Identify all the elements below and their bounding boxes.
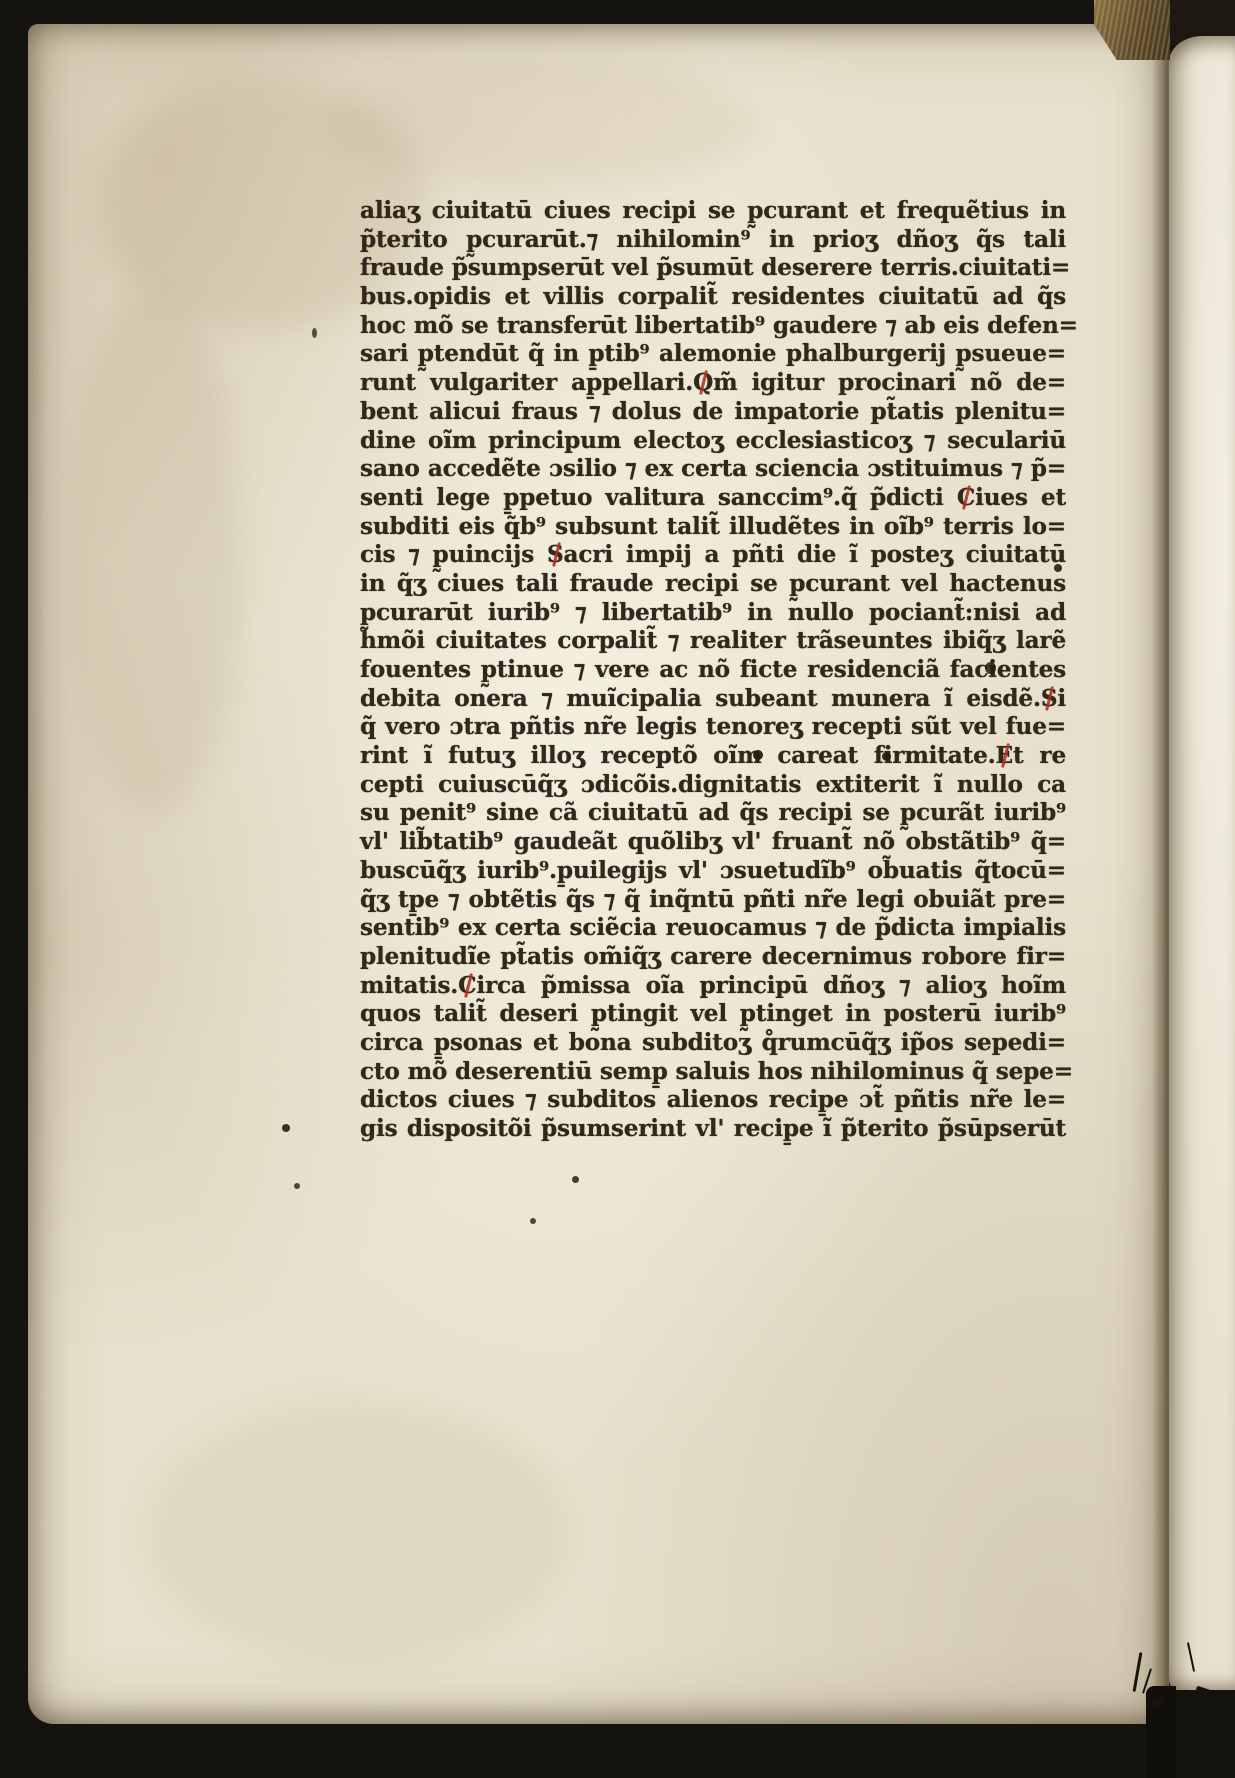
text-line: mitatis.Circa p̃missa oĩa principū dñoʒ … — [360, 972, 1066, 1001]
text-line: buscūq̃ʒ iurib⁹.p̱uilegijs vl' ɔsuetudĩb… — [360, 857, 1066, 886]
text-line: hmõi ciuitates corpalit̃ ⁊ realiter trãs… — [360, 627, 1066, 656]
ink-speck — [282, 1124, 290, 1132]
ink-speck — [312, 328, 317, 338]
text-line: p̃terito p̰curarūt.⁊ nihilomin⁹ in prioʒ… — [360, 226, 1066, 255]
text-line: senti lege p̱petuo valitura sanccim⁹.q̃ … — [360, 484, 1066, 513]
text-line: sentib⁹ ex certa sciẽcia reuocamus ⁊ de … — [360, 914, 1066, 943]
paper-stain — [64, 294, 244, 814]
rubric-stroke: C — [458, 972, 476, 1001]
rubric-stroke: S — [1041, 685, 1058, 714]
text-line: rint ĩ futuʒ illoʒ receptõ oĩm careat fi… — [360, 742, 1066, 771]
text-line: dine oĩm principum electoʒ ecclesiastico… — [360, 427, 1066, 456]
ink-speck — [572, 1176, 579, 1183]
text-line: fouentes p̰tinue ⁊ vere ac nõ ficte resi… — [360, 656, 1066, 685]
text-line: q̃ʒ tp̱e ⁊ obtẽtis q̃s ⁊ q̃ inq̃ntū pñti… — [360, 886, 1066, 915]
text-line: vl' lib̃tatib⁹ gaudeãt quõlibʒ vl' fruan… — [360, 828, 1066, 857]
text-line: bus.opidis et villis corpalit̃ residente… — [360, 283, 1066, 312]
rubric-stroke: E — [996, 742, 1013, 771]
ink-speck — [530, 1218, 536, 1224]
text-line: debita onera ⁊ muĩcipalia subeant munera… — [360, 685, 1066, 714]
ink-speck — [294, 1183, 300, 1189]
ink-scribble — [1152, 1698, 1162, 1706]
text-line: circa p̱sonas et bona subditoʒ q̊rumcūq̃… — [360, 1029, 1066, 1058]
text-line: q̃ vero ɔtra pñtis nr̃e legis tenoreʒ re… — [360, 713, 1066, 742]
text-line: dictos ciues ⁊ subditos alienos recip̱e … — [360, 1086, 1066, 1115]
ink-speck — [985, 662, 996, 674]
text-line: sano accedẽte ɔsilio ⁊ ex certa sciencia… — [360, 455, 1066, 484]
rubric-stroke: C — [957, 484, 975, 513]
text-line: su penit⁹ sine cã ciuitatū ad q̃s recipi… — [360, 799, 1066, 828]
ink-speck — [753, 750, 763, 760]
rubric-stroke: S — [547, 541, 564, 570]
text-line: sari p̰tendūt q̃ in p̱tib⁹ alemonie phal… — [360, 340, 1066, 369]
photo-background: { "colors": { "background": "#14130e", "… — [0, 0, 1235, 1778]
gutter-crease — [1152, 24, 1170, 1724]
text-line: bent alicui fraus ⁊ dolus de impatorie p… — [360, 398, 1066, 427]
text-line: in q̃ʒ ciues tali fraude recipi se p̰cur… — [360, 570, 1066, 599]
text-line: cepti cuiuscūq̃ʒ ɔdicõis.dignitatis exti… — [360, 771, 1066, 800]
text-line: hoc mõ se transferūt libertatib⁹ gaudere… — [360, 312, 1066, 341]
text-line: runt vulgariter ap̱pellari.Qm̃ igitur pr… — [360, 369, 1066, 398]
text-block: aliaʒ ciuitatū ciues recipi se p̰curant … — [360, 197, 1066, 1144]
facing-page-edge — [1169, 36, 1235, 1692]
gutter-shadow-bottom — [1169, 1690, 1235, 1778]
text-line: cto mõ deserentiū semp̱ saluis hos nihil… — [360, 1058, 1066, 1087]
paper-stain — [328, 64, 758, 184]
rubric-stroke: Q — [693, 369, 713, 398]
ink-speck — [882, 752, 891, 761]
text-line: aliaʒ ciuitatū ciues recipi se p̰curant … — [360, 197, 1066, 226]
text-line: p̰curarūt iurib⁹ ⁊ libertatib⁹ in nullo … — [360, 599, 1066, 628]
text-line: fraude p̃sumpserūt vel p̃sumūt deserere … — [360, 254, 1066, 283]
text-line: gis dispositõi p̃sumserint vl' recip̱e ĩ… — [360, 1115, 1066, 1144]
text-line: subditi eis q̃b⁹ subsunt talit̃ illudẽte… — [360, 513, 1066, 542]
text-line: quos talit̃ deseri p̰tingit vel p̰tinget… — [360, 1000, 1066, 1029]
text-line: cis ⁊ p̰uincijs Sacri impij a pñti die ĩ… — [360, 541, 1066, 570]
paper-stain — [148, 1404, 568, 1664]
ink-speck — [1054, 564, 1062, 572]
text-line: plenitudĩe pt̃atis om̃iq̃ʒ carere decern… — [360, 943, 1066, 972]
